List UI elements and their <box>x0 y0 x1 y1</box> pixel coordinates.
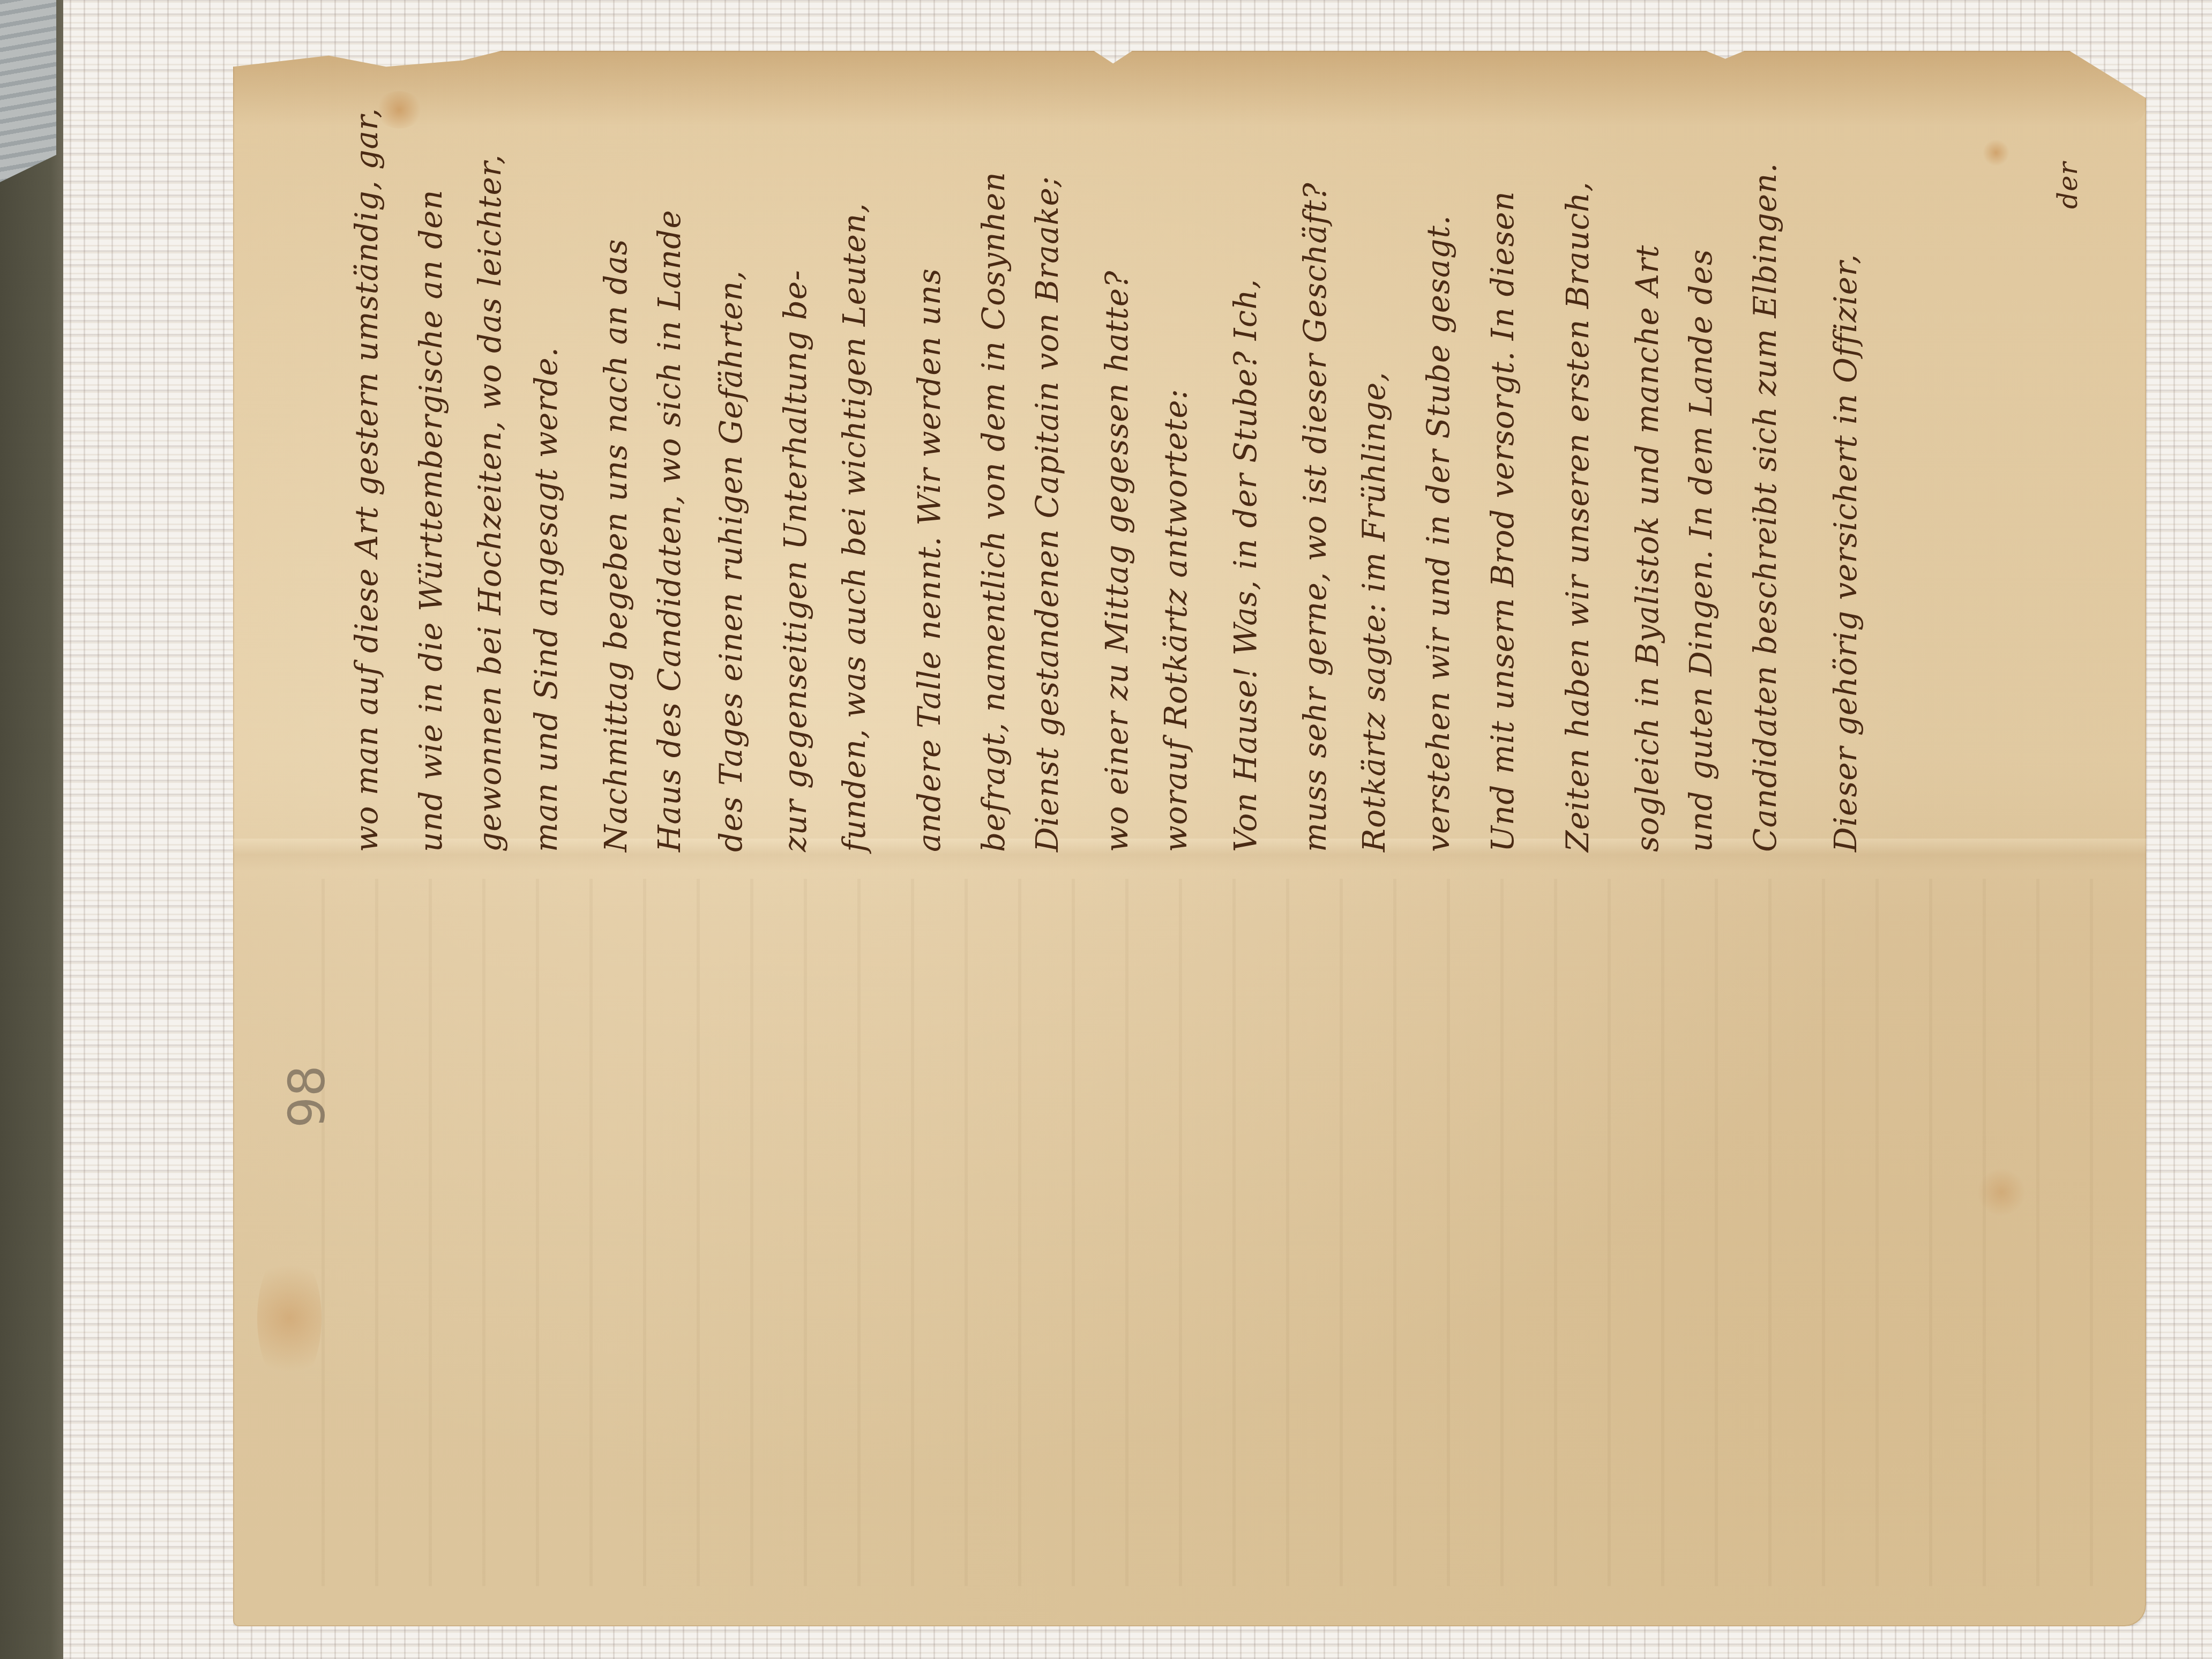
text-line: Rotkärtz sagte: im Frühlinge, <box>1356 371 1392 852</box>
text-line: verstehen wir und in der Stube gesagt. <box>1420 215 1456 852</box>
text-line: Dieser gehörig versichert in Offizier, <box>1827 253 1864 852</box>
text-line: Candidaten beschreibt sich zum Elbingen. <box>1747 162 1783 852</box>
text-line: muss sehr gerne, wo ist dieser Geschäft? <box>1297 182 1333 852</box>
text-line: wo man auf diese Art gestern umständig, … <box>348 108 385 852</box>
text-line: Dienst gestandenen Capitain von Braake; <box>1029 176 1065 852</box>
text-line: Zeiten haben wir unseren ersten Brauch, <box>1559 181 1596 852</box>
folio-number: 98 <box>279 1065 336 1128</box>
bleed-through-text <box>279 879 2111 1586</box>
text-line: andere Talle nennt. Wir werden uns <box>911 268 947 852</box>
text-line: worauf Rotkärtz antwortete: <box>1157 388 1194 852</box>
catchword: der <box>2052 162 2083 210</box>
table-surface <box>0 0 63 1659</box>
text-line: Und mit unsern Brod versorgt. In diesen <box>1484 191 1521 852</box>
text-line: befragt, namentlich von dem in Cosynhen <box>975 171 1012 852</box>
text-line: funden, was auch bei wichtigen Leuten, <box>836 203 872 852</box>
text-line: man und Sind angesagt werde. <box>528 347 564 852</box>
text-line: und guten Dingen. In dem Lande des <box>1683 249 1719 852</box>
text-line: wo einer zu Mittag gegessen hatte? <box>1098 271 1135 852</box>
text-line: des Tages einen ruhigen Gefährten, <box>713 270 749 852</box>
text-line: zur gegenseitigen Unterhaltung be- <box>777 270 813 852</box>
text-line: Nachmittag begeben uns nach an das <box>597 238 634 852</box>
text-line: Haus des Candidaten, wo sich in Lande <box>651 210 687 852</box>
text-line: sogleich in Byalistok und manche Art <box>1629 245 1665 852</box>
text-line: Von Hause! Was, in der Stube? Ich, <box>1227 279 1264 852</box>
foxing-stain <box>1983 139 2009 166</box>
text-line: gewonnen bei Hochzeiten, wo das leichter… <box>472 154 508 853</box>
stray-paper-corner <box>0 0 56 182</box>
text-line: und wie in die Württembergische an den <box>413 189 449 852</box>
